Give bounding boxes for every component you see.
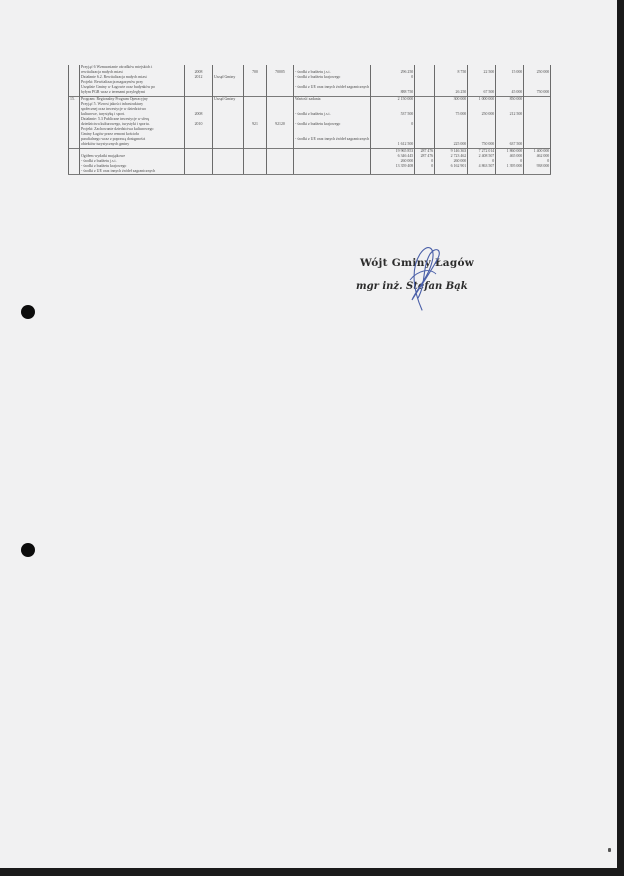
value-2009: 1 000 000 250 000 750 000 xyxy=(468,96,496,148)
task-rozdzial: 70005 xyxy=(267,65,294,96)
value-total: 2 150 000 537 500 0 1 612 500 xyxy=(371,96,415,148)
value-2011: 250 000 750 000 xyxy=(524,65,551,96)
task-unit: Urząd Gminy xyxy=(213,96,244,148)
punch-hole-bottom xyxy=(21,543,35,557)
totals-2009: 7 272 014 2 408 507 0 4 863 507 xyxy=(468,148,496,174)
punch-hole-top xyxy=(21,305,35,319)
task-description: Przyjąć 6 Wzmacnianie ośrodków miejskich… xyxy=(80,65,185,96)
value-total: 296 250 0 888 750 xyxy=(371,65,415,96)
totals-2007: 287 476 287 476 0 0 xyxy=(415,148,435,174)
task-unit: Urząd Gminy xyxy=(213,65,244,96)
totals-2008: 9 146 363 2 723 462 260 000 6 162 901 xyxy=(435,148,468,174)
totals-labels: Ogółem wydatki majątkowe - środki z budż… xyxy=(80,148,185,174)
value-2008: 300 000 75 000 225 000 xyxy=(435,96,468,148)
task-dzial: 700 xyxy=(244,65,267,96)
totals-2010: 1 860 000 465 000 0 1 395 000 xyxy=(496,148,524,174)
task-dzial: 921 xyxy=(244,96,267,148)
task-years: 2008 2012 xyxy=(185,65,213,96)
value-2008: 8 750 26 250 xyxy=(435,65,468,96)
value-2010: 15 000 45 000 xyxy=(496,65,524,96)
task-years: 2008 2010 xyxy=(185,96,213,148)
value-2010: 850 000 212 500 637 500 xyxy=(496,96,524,148)
scan-speck xyxy=(608,848,611,852)
value-2009: 22 500 67 500 xyxy=(468,65,496,96)
value-2007 xyxy=(415,65,435,96)
table-row: Przyjąć 6 Wzmacnianie ośrodków miejskich… xyxy=(69,65,551,96)
budget-table: Przyjąć 6 Wzmacnianie ośrodków miejskich… xyxy=(68,65,551,175)
scan-edge-bottom xyxy=(0,868,624,876)
handwritten-signature-icon xyxy=(392,240,452,320)
funding-sources: Wartość zadania - środki z budżetu j.s.t… xyxy=(294,96,371,148)
scan-edge-right xyxy=(617,0,624,876)
totals-row: Ogółem wydatki majątkowe - środki z budż… xyxy=(69,148,551,174)
value-2007 xyxy=(415,96,435,148)
row-number xyxy=(69,65,80,96)
task-rozdzial: 92120 xyxy=(267,96,294,148)
totals-total: 19 965 853 6 346 445 260 000 13 359 408 xyxy=(371,148,415,174)
table-row: 15. Program: Regionalny Program Operacyj… xyxy=(69,96,551,148)
task-description: Program: Regionalny Program Operacyjny P… xyxy=(80,96,185,148)
funding-sources: - środki z budżetu j.s.t. - środki z bud… xyxy=(294,65,371,96)
row-number: 15. xyxy=(69,96,80,148)
totals-2011: 1 400 000 462 000 0 938 000 xyxy=(524,148,551,174)
value-2011 xyxy=(524,96,551,148)
